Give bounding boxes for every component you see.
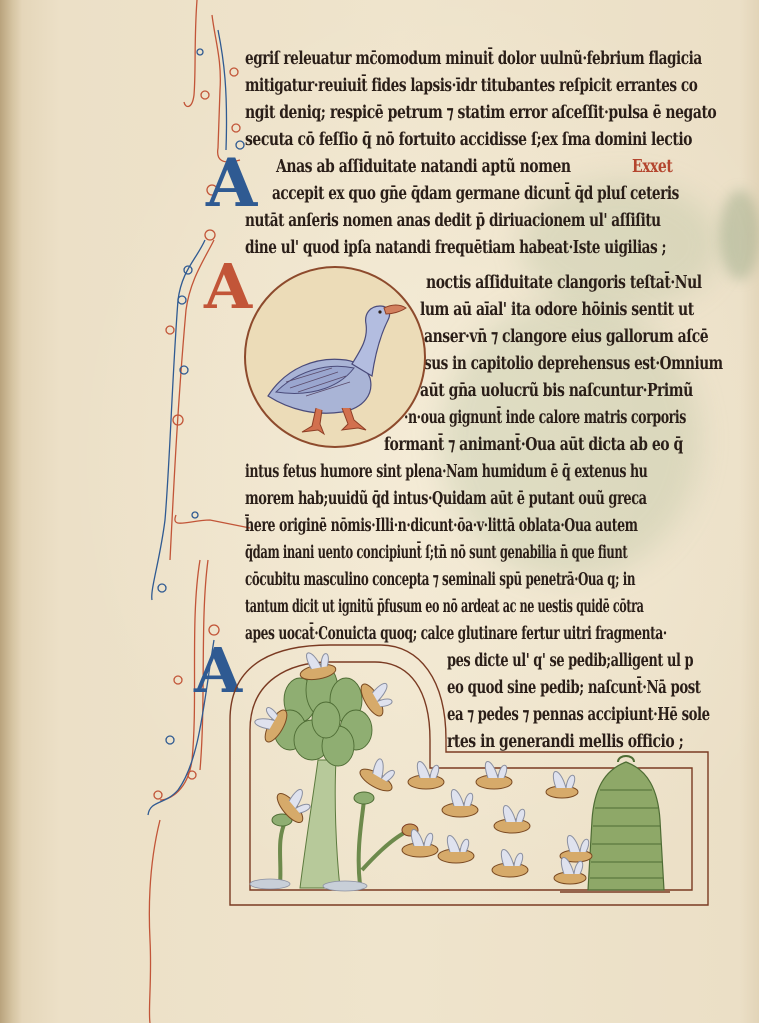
tree: [250, 664, 418, 891]
manuscript-page: A A A egriſ releuatur mc̄omodum minuit̄ …: [0, 0, 759, 1023]
bee-scene-illustration: [0, 0, 759, 1023]
